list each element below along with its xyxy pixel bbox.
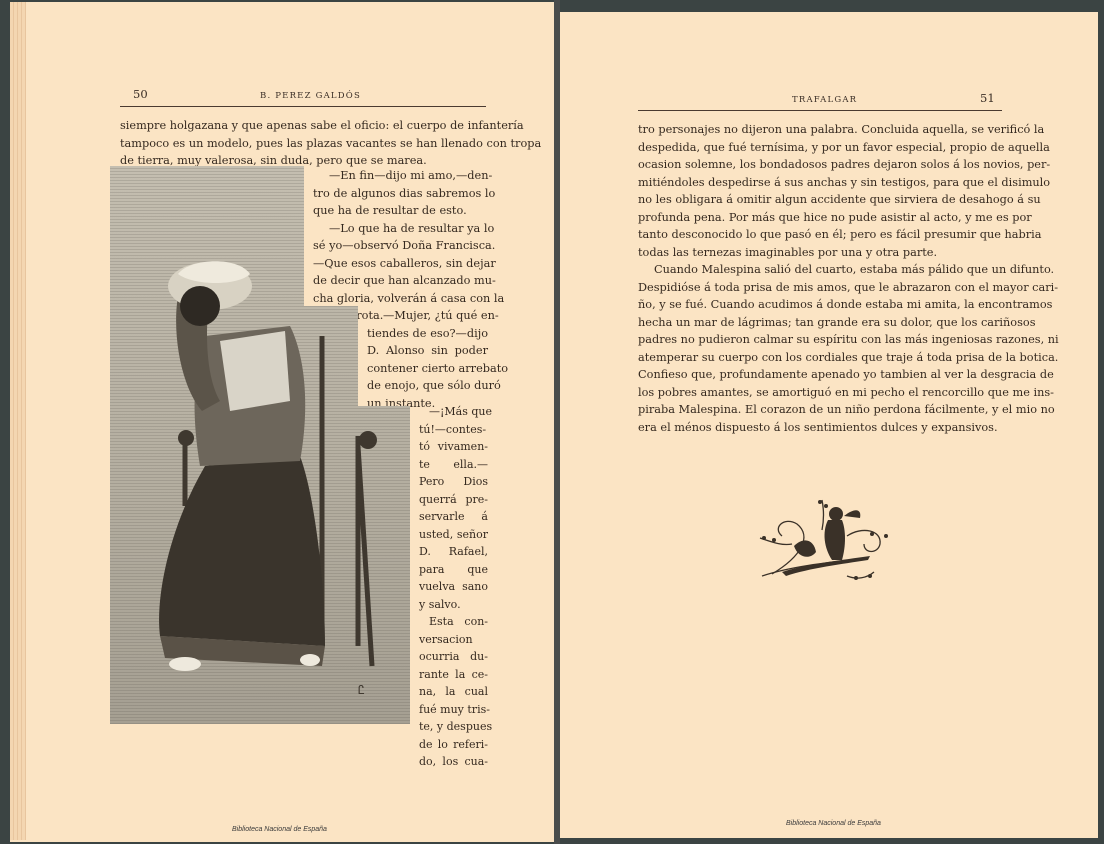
text-line: atemperar su cuerpo con los cordiales qu… [638,349,1004,367]
text-line: que ha de resultar de esto. [313,202,488,220]
text-line: na, la cual [419,683,488,701]
text-line: ocasion solemne, los bondadosos padres d… [638,156,1004,174]
left-text-block-2: —Mujer, ¿tú qué en- tiendes de eso?—dijo… [367,307,488,412]
text-line: siempre holgazana y que apenas sabe el o… [120,117,488,135]
text-line: vuelva sano [419,578,488,596]
text-line: padres no pudieron calmar su espíritu co… [638,331,1004,349]
header-rule-left [120,106,486,107]
text-line: tro de algunos dias sabremos lo [313,185,488,203]
text-line: D. Rafael, [419,543,488,561]
text-line: cha gloria, volverán á casa con la [313,290,488,308]
running-head-right: TRAFALGAR [792,95,857,105]
text-line: para que [419,561,488,579]
left-text-block-1: —En fin—dijo mi amo,—den- tro de algunos… [313,167,488,325]
text-line: mitiéndoles despedirse á sus anchas y si… [638,174,1004,192]
text-line: —Que esos caballeros, sin dejar [313,255,488,273]
text-line: D. Alonso sin poder [367,342,488,360]
text-line: tú!—contes- [419,421,488,439]
text-line: —Lo que ha de resultar ya lo [313,220,488,238]
text-line: y salvo. [419,596,488,614]
text-line: —¡Más que [419,403,488,421]
text-line: despedida, que fué ternísima, y por un f… [638,139,1004,157]
text-line: contener cierto arrebato [367,360,488,378]
text-line: tro personajes no dijeron una palabra. C… [638,121,1004,139]
page-edges [10,2,26,840]
running-head-left: B. PEREZ GALDÓS [260,91,361,101]
cherub-vignette-icon [752,496,894,584]
text-line: ño, y se fué. Cuando acudimos á donde es… [638,296,1004,314]
text-line: todas las ternezas imaginables por una y… [638,244,1004,262]
text-line: Confieso que, profundamente apenado yo t… [638,366,1004,384]
paragraph-2: Cuando Malespina salió del cuarto, estab… [638,261,1004,436]
text-line: servarle á [419,508,488,526]
text-line: Pero Dios [419,473,488,491]
text-line: usted, señor [419,526,488,544]
page-number-left: 50 [133,87,148,101]
text-line: te ella.— [419,456,488,474]
text-line: te, y despues [419,718,488,736]
text-line: fué muy tris- [419,701,488,719]
page-number-right: 51 [980,91,995,105]
text-line: tampoco es un modelo, pues las plazas va… [120,135,488,153]
book-gutter [554,0,560,844]
text-line: piraba Malespina. El corazon de un niño … [638,401,1004,419]
text-line: de enojo, que sólo duró [367,377,488,395]
text-line: rante la ce- [419,666,488,684]
text-line: Esta con- [419,613,488,631]
text-line: sé yo—observó Doña Francisca. [313,237,488,255]
left-text-block-3: —¡Más que tú!—contes- tó vivamen- te ell… [419,403,488,771]
text-line: profunda pena. Por más que hice no pude … [638,209,1004,227]
text-line: do, los cua- [419,753,488,771]
right-text-body: tro personajes no dijeron una palabra. C… [638,121,1004,436]
text-line: Despidióse á toda prisa de mis amos, que… [638,279,1004,297]
text-line: de lo referi- [419,736,488,754]
text-line: hecha un mar de lágrimas; tan grande era… [638,314,1004,332]
text-line: de decir que han alcanzado mu- [313,272,488,290]
svg-text:Ꮭ: Ꮭ [358,683,365,697]
library-watermark-left: Biblioteca Nacional de España [232,826,327,833]
left-intro-text: siempre holgazana y que apenas sabe el o… [120,117,488,170]
text-line: versacion [419,631,488,649]
text-line: tó vivamen- [419,438,488,456]
text-line: —En fin—dijo mi amo,—den- [313,167,488,185]
text-line: no les obligara á omitir algun accidente… [638,191,1004,209]
header-rule-right [638,110,1002,111]
text-line: tiendes de eso?—dijo [367,325,488,343]
library-watermark-right: Biblioteca Nacional de España [786,820,881,827]
text-line: —Mujer, ¿tú qué en- [367,307,488,325]
text-line: tanto desconocido lo que pasó en él; per… [638,226,1004,244]
text-line: querrá pre- [419,491,488,509]
text-line: Cuando Malespina salió del cuarto, estab… [638,261,1004,279]
paragraph-1: tro personajes no dijeron una palabra. C… [638,121,1004,261]
text-line: era el ménos dispuesto á los sentimiento… [638,419,1004,437]
text-line: los pobres amantes, se amortiguó en mi p… [638,384,1004,402]
text-line: ocurria du- [419,648,488,666]
